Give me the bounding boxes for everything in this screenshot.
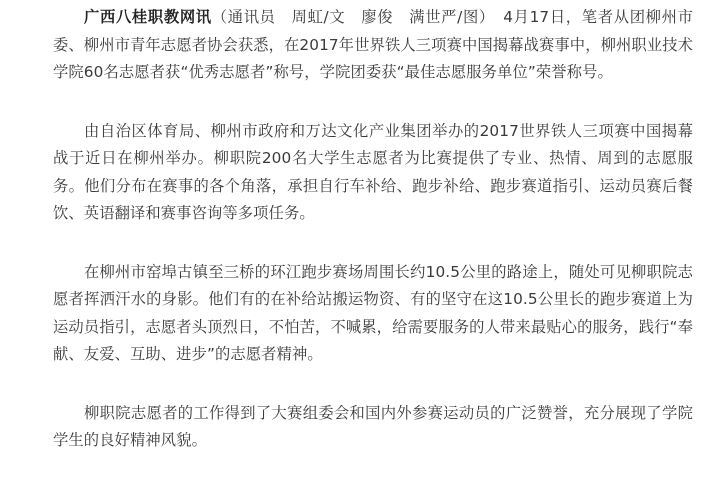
paragraph-volunteers: 在柳州市窑埠古镇至三桥的环江跑步赛场周围长约10.5公里的路途上，随处可见柳职院…	[53, 259, 693, 369]
paragraph-lead: 广西八桂职教网讯（通讯员 周虹/文 廖俊 满世严/图） 4月17日，笔者从团柳州…	[53, 4, 693, 87]
article-body: 广西八桂职教网讯（通讯员 周虹/文 廖俊 满世严/图） 4月17日，笔者从团柳州…	[53, 4, 693, 485]
paragraph-conclusion: 柳职院志愿者的工作得到了大赛组委会和国内外参赛运动员的广泛赞誉，充分展现了学院学…	[53, 400, 693, 455]
news-source: 广西八桂职教网讯	[84, 8, 212, 26]
paragraph-event: 由自治区体育局、柳州市政府和万达文化产业集团举办的2017世界铁人三项赛中国揭幕…	[53, 118, 693, 228]
